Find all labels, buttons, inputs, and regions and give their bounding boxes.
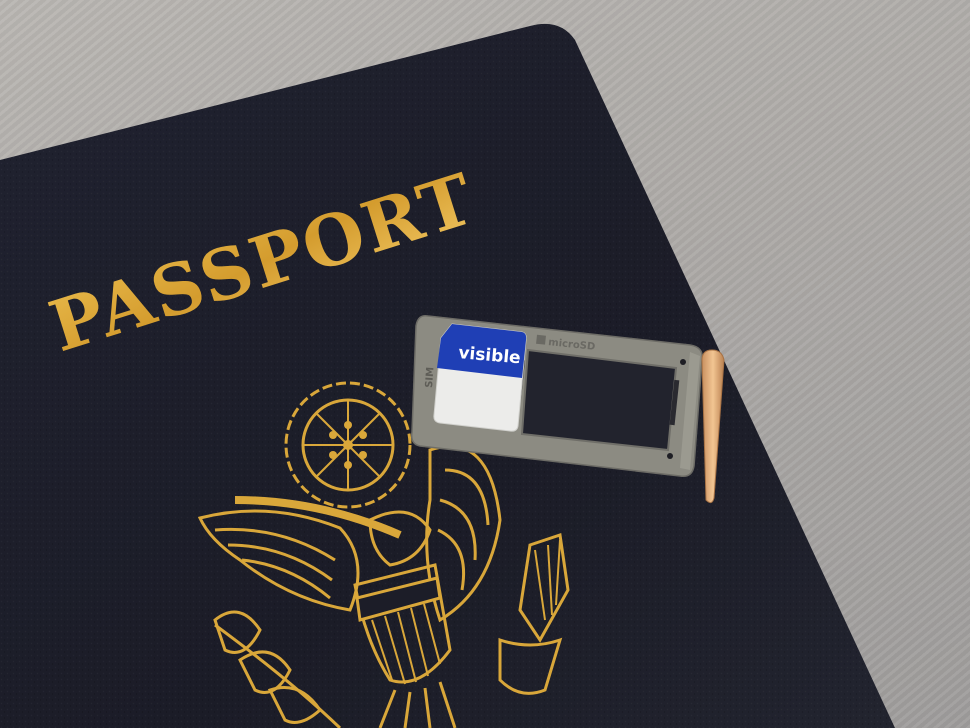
photo-scene: PASSPORT	[0, 0, 970, 728]
photo-illustration: PASSPORT	[0, 0, 970, 728]
microsd-card-icon	[536, 335, 546, 345]
svg-text:SIM: SIM	[424, 367, 436, 389]
sim-card: visible	[434, 324, 526, 431]
tray-sim-label: SIM	[424, 367, 436, 389]
